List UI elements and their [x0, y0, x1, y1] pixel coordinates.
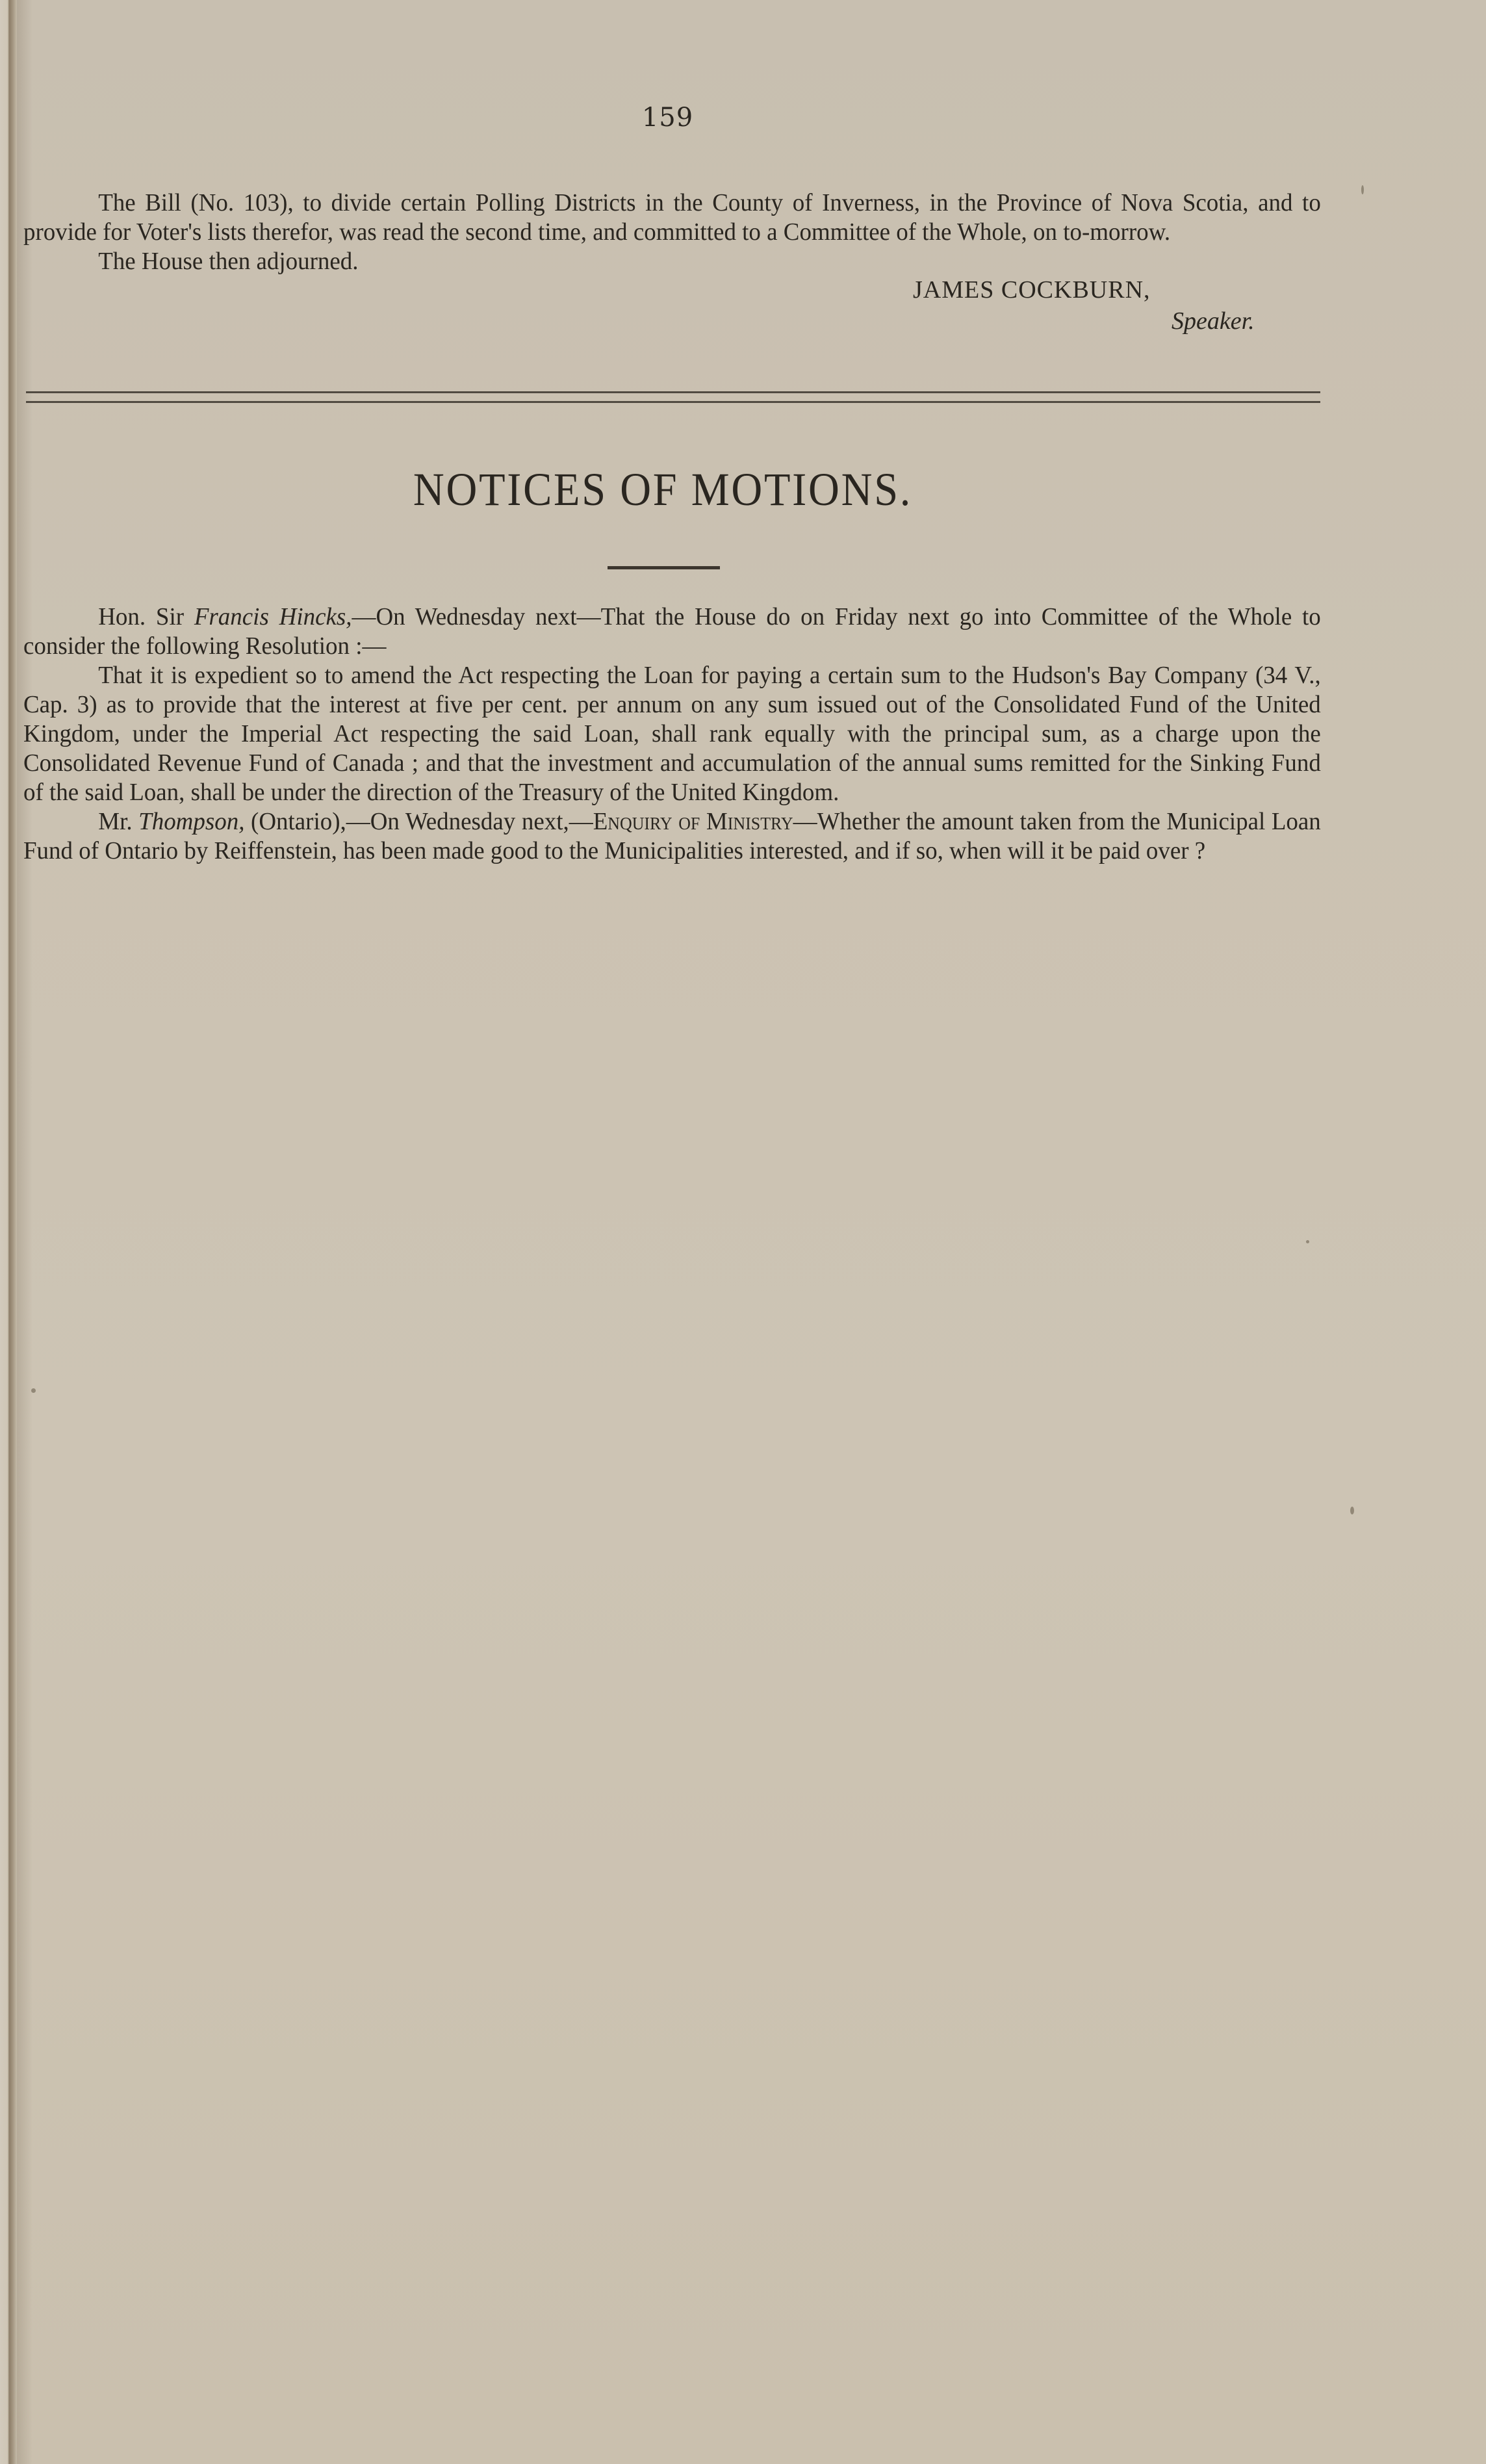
section-divider-double-rule	[26, 391, 1320, 403]
section-heading: NOTICES OF MOTIONS.	[53, 463, 1273, 517]
paper-speck	[1306, 1240, 1309, 1243]
paper-speck	[31, 1388, 36, 1393]
motion-prefix: Hon. Sir	[98, 603, 194, 630]
page-number: 159	[0, 103, 1335, 133]
member-riding: (Ontario),—On Wednesday next,—	[244, 808, 593, 835]
page-binding-edge	[0, 0, 17, 2464]
member-name: Thompson,	[138, 808, 244, 835]
adjournment-paragraph: The House then adjourned.	[23, 247, 1321, 276]
resolution-text: That it is expedient so to amend the Act…	[23, 661, 1321, 807]
motion-thompson: Mr. Thompson, (Ontario),—On Wednesday ne…	[23, 807, 1321, 866]
enquiry-label: Enquiry of Ministry	[593, 808, 793, 835]
motion-hincks: Hon. Sir Francis Hincks,—On Wednesday ne…	[23, 603, 1321, 661]
motion-prefix: Mr.	[98, 808, 138, 835]
binding-shadow	[17, 0, 32, 2464]
proceedings-section: The Bill (No. 103), to divide certain Po…	[23, 188, 1321, 276]
document-page	[0, 0, 1486, 2464]
notices-section: Hon. Sir Francis Hincks,—On Wednesday ne…	[23, 603, 1321, 866]
paper-speck	[1350, 1507, 1354, 1514]
heading-underline-rule	[608, 566, 720, 569]
bill-paragraph: The Bill (No. 103), to divide certain Po…	[23, 188, 1321, 247]
speaker-title: Speaker.	[913, 305, 1255, 337]
speaker-signature: JAMES COCKBURN, Speaker.	[913, 274, 1255, 337]
member-name: Francis Hincks,	[194, 603, 352, 630]
speaker-name: JAMES COCKBURN,	[913, 274, 1255, 305]
paper-speck	[1361, 185, 1364, 194]
